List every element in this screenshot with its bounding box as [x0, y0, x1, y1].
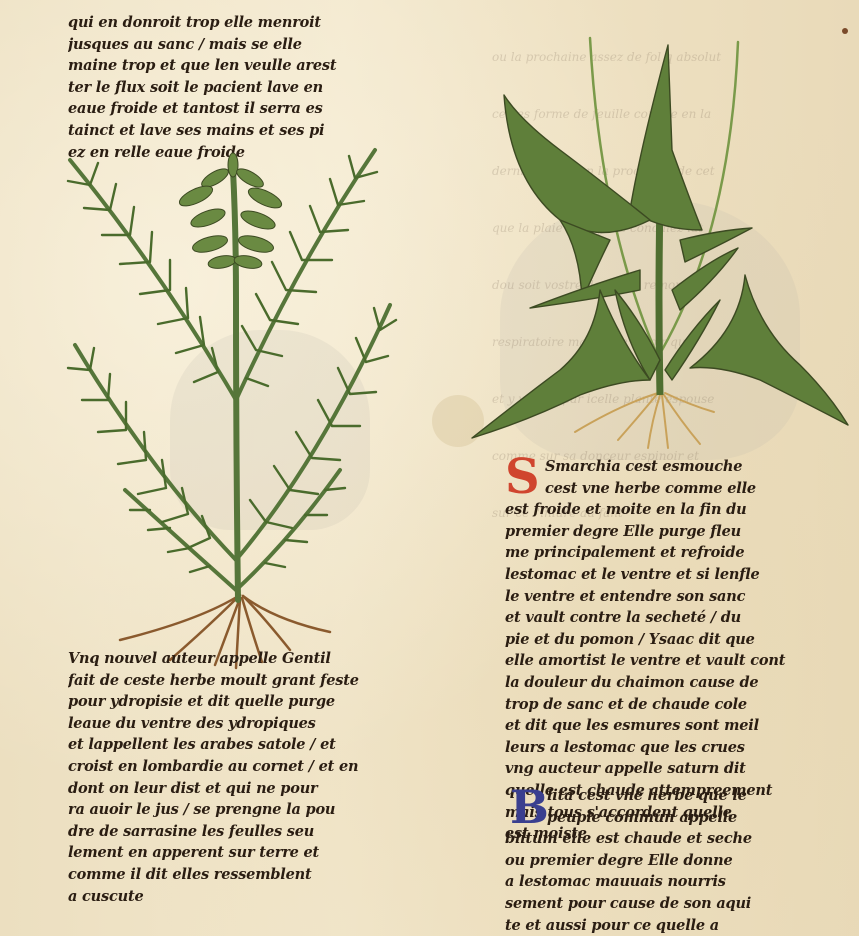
- text-line: a cuscute: [68, 886, 428, 908]
- text-line: lement en apperent sur terre et: [68, 842, 428, 864]
- text-line: Vnq nouvel auteur appelle Gentil: [68, 648, 428, 670]
- text-line: le ventre et entendre son sanc: [505, 586, 845, 608]
- text-line: leaue du ventre des ydropiques: [68, 713, 428, 735]
- text-line: blitum elle est chaude et seche: [505, 828, 845, 850]
- text-line: trop de sanc et de chaude cole: [505, 694, 845, 716]
- manuscript-page: ou la prochaine assez de fol q absolut c…: [0, 0, 859, 936]
- text-line: croist en lombardie au cornet / et en: [68, 756, 428, 778]
- text-line: la douleur du chaimon cause de: [505, 672, 845, 694]
- text-line: leurs a lestomac que les crues: [505, 737, 845, 759]
- text-line: lita cest vne herbe que le: [505, 785, 845, 807]
- text-line: comme il dit elles ressemblent: [68, 864, 428, 886]
- text-line: pour ydropisie et dit quelle purge: [68, 691, 428, 713]
- text-line: sement pour cause de son aqui: [505, 893, 845, 915]
- text-line: cest vne herbe comme elle: [505, 478, 845, 500]
- text-line: dont on leur dist et qui ne pour: [68, 778, 428, 800]
- left-bottom-text: Vnq nouvel auteur appelle Gentil fait de…: [68, 648, 428, 907]
- text-line: ra auoir le jus / se prengne la pou: [68, 799, 428, 821]
- text-line: et dit que les esmures sont meil: [505, 715, 845, 737]
- text-line: pie et du pomon / Ysaac dit que: [505, 629, 845, 651]
- text-line: et lappellent les arabes satole / et: [68, 734, 428, 756]
- text-line: lestomac et le ventre et si lenfle: [505, 564, 845, 586]
- text-line: elle amortist le ventre et vault cont: [505, 650, 845, 672]
- text-line: Smarchia cest esmouche: [505, 456, 845, 478]
- text-line: vng aucteur appelle saturn dit: [505, 758, 845, 780]
- text-line: me principalement et refroide: [505, 542, 845, 564]
- text-line: fait de ceste herbe moult grant feste: [68, 670, 428, 692]
- text-line: a lestomac mauuais nourris: [505, 871, 845, 893]
- text-line: est froide et moite en la fin du: [505, 499, 845, 521]
- text-line: ou premier degre Elle donne: [505, 850, 845, 872]
- text-line: te et aussi pour ce quelle a: [505, 915, 845, 936]
- right-section-2-text: lita cest vne herbe que le peuple commun…: [505, 785, 845, 936]
- text-line: et vault contre la secheté / du: [505, 607, 845, 629]
- text-line: peuple commun appelle: [505, 807, 845, 829]
- text-line: dre de sarrasine les feulles seu: [68, 821, 428, 843]
- text-line: premier degre Elle purge fleu: [505, 521, 845, 543]
